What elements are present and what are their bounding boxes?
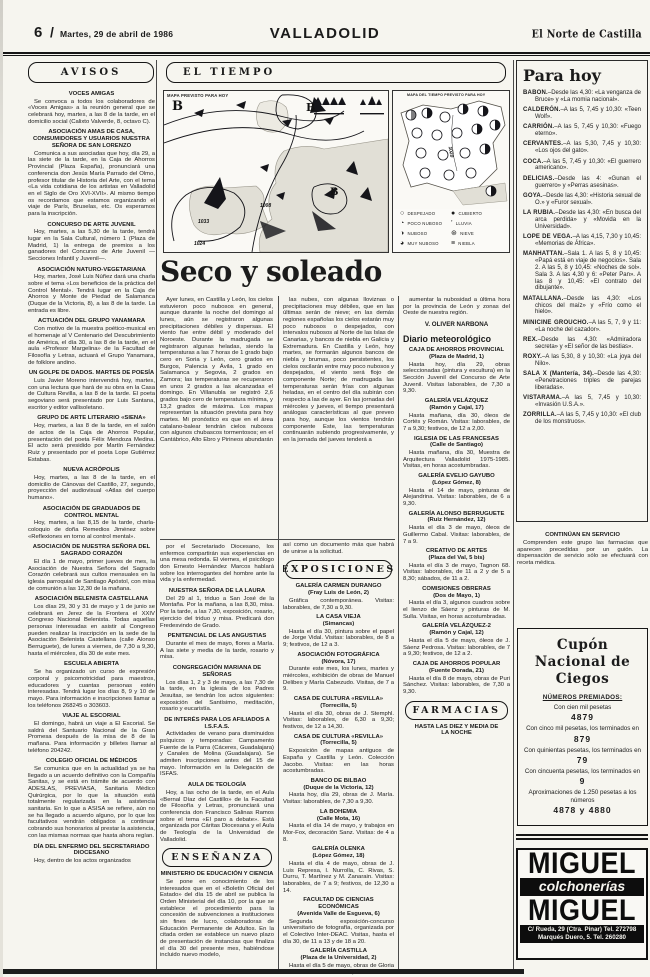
low-pressure-label: B: [330, 187, 338, 198]
legend-label: Lluvia: [456, 221, 472, 226]
article-headline: Seco y soleado: [160, 255, 382, 288]
notice-body: Con motivo de la muestra poético-musical…: [28, 326, 155, 366]
parahoy-box: Para hoy BABON.–Desde las 4,30: «La veng…: [516, 60, 648, 522]
cinema-name: MANHATTAN.: [523, 251, 564, 257]
gallery-body: Hasta el día 30, pintura sobre el papel …: [283, 629, 394, 649]
column-divider: [513, 60, 514, 972]
notice-heading: GRUPO DE ARTE LITERARIO «SIENA»: [28, 415, 155, 422]
column-divider: [398, 296, 399, 972]
notice-heading: ACTUACIÓN DEL GRUPO YANAMARA: [28, 318, 155, 325]
gallery-address: (Plaza del Val, 5 bis): [403, 555, 510, 562]
notice-body: Hoy, a las ocho de la tarde, en el Aula …: [160, 790, 274, 843]
article-col3: aumentar la nubosidad a última hora por …: [403, 297, 510, 972]
gallery-body: Hasta hoy, día 29, obras de J. María. Vi…: [283, 792, 394, 805]
notices-column2: por el Secretariado Diocesano, los enfer…: [160, 544, 274, 972]
cinema-name: LA RUBIA.: [523, 210, 555, 216]
gallery-name: FACULTAD DE CIENCIAS ECONÓMICAS: [283, 897, 394, 911]
gallery-address: (Simancas): [283, 621, 394, 628]
section-divider: [160, 539, 395, 540]
tiempo-header: EL TIEMPO: [166, 62, 506, 83]
cinema-name: MINICINE GROUCHO.: [523, 320, 589, 326]
notice-heading: ASOCIACIÓN AMAS DE CASA, CONSUMIDORES Y …: [28, 129, 155, 149]
notice-item: DÍA DEL ENFERMO DEL SECRETARIADO DIOCESA…: [28, 844, 155, 865]
pressure-value: 1033: [198, 219, 209, 225]
notice-item: VIAJE AL ESCORIAL El domingo, habrá un v…: [28, 713, 155, 754]
prize-label: Aproximaciones de 1.250 pesetas a los nú…: [523, 789, 642, 804]
cinema-listing: MINICINE GROUCHO.–A las 5, 7, 9 y 11: «L…: [523, 320, 641, 334]
gallery-address: (Ruiz Hernández, 12): [403, 517, 510, 524]
low-pressure-label: B: [172, 99, 183, 114]
weather-symbol-icon: ○: [400, 210, 404, 217]
cinema-name: DELICIAS.: [523, 176, 554, 182]
gallery-item: GALERÍA CARMEN DURANGO (Fray Luis de Leó…: [283, 583, 394, 611]
gallery-item: GALERÍA VELÁZQUEZ (Ramón y Cajal, 17) Ha…: [403, 398, 510, 433]
gallery-name: GALERÍA CASTILLA: [283, 948, 394, 955]
gallery-body: Hasta mañana, día 30, Muestra de Arquite…: [403, 450, 510, 470]
gallery-body: Hasta el día 8 de mayo, obras de Puri Sá…: [403, 676, 510, 696]
notice-body: Hoy, martes, a las 8,15 de la tarde, cha…: [28, 520, 155, 540]
prize-entry: Con cinco mil pesetas, los terminados en…: [523, 725, 642, 743]
gallery-name: CAJA DE AHORROS POPULAR: [403, 661, 510, 668]
gallery-address: (Avenida Valle de Esgueva, 6): [283, 911, 394, 918]
exposiciones-header: EXPOSICIONES: [285, 560, 392, 579]
weather-map-europe: MAPA PREVISTO PARA HOY B B B 1033 1024 1…: [163, 90, 389, 253]
gallery-item: GALERÍA VELÁZQUEZ-2 (Ramón y Cajal, 12) …: [403, 623, 510, 658]
cinema-listing: VISTARAMA.–A las 5, 7,45 y 10,30: «Invas…: [523, 395, 641, 409]
notice-heading: VOCES AMIGAS: [28, 91, 155, 98]
legend-item: ● Cubierto: [451, 208, 502, 218]
gallery-body: Hasta el día 5 de mayo, óleos de J. Sáen…: [403, 638, 510, 658]
notice-body: Hoy, martes, a las 8 de la tarde, en el …: [28, 423, 155, 463]
notice-item: CONCURSO DE ARTE JUVENIL Hoy, martes, a …: [28, 222, 155, 263]
gallery-name: GALERÍA CARMEN DURANGO: [283, 583, 394, 590]
notice-body: Se pone en conocimiento de los interesad…: [160, 879, 274, 959]
newspaper-page: 6 / Martes, 29 de abril de 1986 VALLADOL…: [0, 0, 650, 977]
cinema-listing: CARRIÓN.–A las 5, 7,45 y 10,30: «Fuego e…: [523, 124, 641, 138]
gallery-item: ASOCIACIÓN FOTOGRÁFICA (Nóvora, 17) Dura…: [283, 652, 394, 693]
gallery-body: Hasta hoy, día 29, obras seleccionadas (…: [403, 362, 510, 395]
notice-item: COLEGIO OFICIAL DE MÉDICOS Se comunica q…: [28, 758, 155, 839]
notice-continuation: por el Secretariado Diocesano, los enfer…: [160, 544, 274, 584]
gallery-address: (Calle de Santiago): [403, 442, 510, 449]
cinema-listing: LOPE DE VEGA.–A las 4,15, 7,30 y 10,45: …: [523, 234, 641, 248]
notice-heading: DE INTERÉS PARA LOS AFILIADOS A I.S.F.A.…: [160, 717, 274, 731]
gallery-body: Segunda exposición-concurso universitari…: [283, 919, 394, 946]
legend-label: Nuboso: [407, 231, 427, 236]
weather-symbol-icon: ≡: [451, 240, 455, 247]
notice-heading: NUEVA ACRÓPOLIS: [28, 467, 155, 474]
gallery-body: Gráfica contemporánea. Visitas: laborabl…: [283, 598, 394, 611]
notice-heading: CONCURSO DE ARTE JUVENIL: [28, 222, 155, 229]
prize-entry: Con cincuenta pesetas, los terminados en…: [523, 768, 642, 786]
gallery-name: GALERÍA VELÁZQUEZ-2: [403, 623, 510, 630]
cinema-name: ZORRILLA.: [523, 412, 557, 418]
gallery-item: GALERÍA ALONSO BERRUGUETE (Ruiz Hernánde…: [403, 511, 510, 546]
prize-number: 4878 y 4880: [523, 805, 642, 815]
cinema-name: VISTARAMA.: [523, 395, 562, 401]
advert-address-line: Marqués Duero, 5. Tel. 260280: [520, 934, 644, 942]
gallery-item: FACULTAD DE CIENCIAS ECONÓMICAS (Avenida…: [283, 897, 394, 945]
parahoy-title: Para hoy: [523, 66, 641, 85]
gallery-name: COMISIONES OBRERAS: [403, 586, 510, 593]
gallery-address: (Ramón y Cajal, 12): [403, 630, 510, 637]
gallery-name: CAJA DE AHORROS PROVINCIAL: [403, 347, 510, 354]
cinema-name: COCA.: [523, 159, 543, 165]
weather-symbol-icon: ◔: [400, 220, 404, 227]
cinema-listing: ROXY.–A las 5,30, 8 y 10,30: «La joya de…: [523, 354, 641, 368]
gallery-body: Hasta el día 3 de mayo, Tagnon 68. Visit…: [403, 563, 510, 583]
cupon-title: Cupón Nacional de Ciegos: [523, 637, 642, 688]
legend-item: ◕ Muy nuboso: [400, 238, 451, 248]
cinema-name: REX.: [523, 337, 538, 343]
notice-body: El día 1 de mayo, primer jueves de mes, …: [28, 559, 155, 592]
prize-label: Con quinientas pesetas, los terminados e…: [523, 747, 642, 754]
cinema-listing: CERVANTES.–A las 5,30, 7,45 y 10,30: «Lo…: [523, 141, 641, 155]
notice-body: Durante el mes de mayo, flores a María. …: [160, 641, 274, 661]
notice-item: DE INTERÉS PARA LOS AFILIADOS A I.S.F.A.…: [160, 717, 274, 778]
prize-entry: Con quinientas pesetas, los terminados e…: [523, 747, 642, 765]
notice-item: ASOCIACIÓN DE NUESTRA SEÑORA DEL SAGRADO…: [28, 544, 155, 592]
double-rule: [516, 834, 648, 840]
notice-body: Se convoca a todos los colaboradores de …: [28, 99, 155, 126]
gallery-name: ASOCIACIÓN FOTOGRÁFICA: [283, 652, 394, 659]
scan-artifact: [0, 0, 3, 977]
column-divider: [156, 60, 157, 972]
gallery-item: CAJA DE AHORROS POPULAR (Fuente Dorada, …: [403, 661, 510, 696]
article-text: las nubes, con algunas lloviznas o preci…: [283, 297, 394, 444]
legend-item: ◑ Nuboso: [400, 228, 451, 238]
notice-heading: AULA DE TEOLOGÍA: [160, 782, 274, 789]
prize-label: Con cinco mil pesetas, los terminados en: [523, 725, 642, 732]
article-col1: Ayer lunes, en Castilla y León, los ciel…: [160, 297, 273, 537]
weather-symbol-icon: ◑: [400, 230, 404, 237]
gallery-body: Hasta el 14 de mayo, pinturas de Alejand…: [403, 488, 510, 508]
gallery-address: (Plaza de Madrid, 1): [403, 354, 510, 361]
weather-symbol-icon: ◕: [400, 240, 404, 247]
notice-heading: ASOCIACIÓN BELENISTA CASTELLANA: [28, 596, 155, 603]
prize-number: 79: [523, 755, 642, 765]
notice-item: PENITENCIAL DE LAS ANGUSTIAS Durante el …: [160, 633, 274, 661]
gallery-name: CREATIVO DE ARTES: [403, 548, 510, 555]
advert-address-line: C/ Rueda, 29 (Ctra. Pinar) Tel. 272798: [520, 926, 644, 934]
notice-item: GRUPO DE ARTE LITERARIO «SIENA» Hoy, mar…: [28, 415, 155, 463]
cinema-showtimes: –Desde las 4,30: «Admiradora secreta» y …: [535, 337, 641, 350]
cupon-box: Cupón Nacional de Ciegos NÚMEROS PREMIAD…: [517, 628, 648, 826]
gallery-body: Exposición de mapas antiguos de España y…: [283, 748, 394, 775]
notice-body: Actividades de verano para disminuidos p…: [160, 731, 274, 778]
notice-body: El domingo, habrá un viaje a El Escorial…: [28, 721, 155, 754]
gallery-name: LA BOHEMIA: [283, 809, 394, 816]
notice-heading: UN GOLPE DE DADOS. MARTES DE POESÍA: [28, 370, 155, 377]
gallery-address: (Dos de Mayo, 1): [403, 593, 510, 600]
cupon-subtitle: NÚMEROS PREMIADOS:: [523, 694, 642, 701]
prize-number: 9: [523, 776, 642, 786]
gallery-name: GALERÍA EVELIO GAYUBO: [403, 473, 510, 480]
notice-heading: ESCUELA ABIERTA: [28, 661, 155, 668]
notice-item: ASOCIACIÓN NATURO-VEGETARIANA Hoy, marte…: [28, 267, 155, 315]
cinema-showtimes: –Desde las 4,30: «La venganza de Bruce» …: [535, 90, 641, 103]
prize-entry: Aproximaciones de 1.250 pesetas a los nú…: [523, 789, 642, 815]
notice-item: ASOCIACIÓN AMAS DE CASA, CONSUMIDORES Y …: [28, 129, 155, 217]
synoptic-map-graphic: [164, 91, 388, 252]
gallery-name: GALERÍA VELÁZQUEZ: [403, 398, 510, 405]
notice-body: Hoy, martes, a las 5,30 de la tarde, ten…: [28, 229, 155, 262]
notice-item: ACTUACIÓN DEL GRUPO YANAMARA Con motivo …: [28, 318, 155, 366]
newspaper-masthead: El Norte de Castilla: [532, 28, 642, 41]
notice-heading: NUESTRA SEÑORA DE LA LAURA: [160, 588, 274, 595]
advert-addresses: C/ Rueda, 29 (Ctra. Pinar) Tel. 272798 M…: [520, 925, 644, 943]
notice-item: VOCES AMIGAS Se convoca a todos los cola…: [28, 91, 155, 125]
gallery-body: Durante este mes, los lunes, martes y mi…: [283, 666, 394, 693]
notice-item: NUEVA ACRÓPOLIS Hoy, martes, a las 8 de …: [28, 467, 155, 501]
gallery-name: LA CASA VIEJA: [283, 614, 394, 621]
notice-heading: PENITENCIAL DE LAS ANGUSTIAS: [160, 633, 274, 640]
gallery-item: COMISIONES OBRERAS (Dos de Mayo, 1) Hast…: [403, 586, 510, 621]
notice-body: Hoy, martes, a las 8 de la tarde, en el …: [28, 475, 155, 502]
notice-heading: ASOCIACIÓN DE NUESTRA SEÑORA DEL SAGRADO…: [28, 544, 155, 558]
cinema-listing: MATALLANA.–Desde las 4,30: «Los chicos d…: [523, 296, 641, 316]
diario-heading: Diario meteorológico: [403, 334, 510, 344]
notice-item: NUESTRA SEÑORA DE LA LAURA Del 29 al 1, …: [160, 588, 274, 629]
cinema-name: LOPE DE VEGA.: [523, 234, 573, 240]
page-header: 6 / Martes, 29 de abril de 1986 VALLADOL…: [0, 22, 650, 52]
avisos-header: AVISOS: [28, 62, 154, 83]
continuan-heading: CONTINÚAN EN SERVICIO: [517, 532, 648, 539]
gallery-item: IGLESIA DE LAS FRANCESAS (Calle de Santi…: [403, 436, 510, 471]
cinema-listing: SALA X (Mantería, 34).–Desde las 4,30: «…: [523, 371, 641, 391]
cinema-listing: COCA.–A las 5, 7,45 y 10,30: «El guerrer…: [523, 159, 641, 173]
map-caption: MAPA PREVISTO PARA HOY: [167, 93, 228, 98]
cinema-listing: DELICIAS.–Desde las 4: «Gunan el guerrer…: [523, 176, 641, 190]
notice-heading: VIAJE AL ESCORIAL: [28, 713, 155, 720]
legend-label: Muy nuboso: [407, 241, 438, 246]
article-text: Ayer lunes, en Castilla y León, los ciel…: [160, 297, 273, 444]
gallery-address: (Fuente Dorada, 21): [403, 668, 510, 675]
notice-heading: COLEGIO OFICIAL DE MÉDICOS: [28, 758, 155, 765]
cinema-listing: REX.–Desde las 4,30: «Admiradora secreta…: [523, 337, 641, 351]
advert-brand: MIGUEL: [518, 849, 646, 879]
gallery-name: GALERÍA ALONSO BERRUGUETE: [403, 511, 510, 518]
cinema-listing: BABON.–Desde las 4,30: «La venganza de B…: [523, 90, 641, 104]
legend-label: Poco nuboso: [407, 221, 442, 226]
notice-body: Se ha organizado un curso de expresión c…: [28, 669, 155, 709]
notice-body: Se comunica que en la actualidad ya se h…: [28, 766, 155, 839]
gallery-address: (Calle Mota, 16): [283, 816, 394, 823]
cinema-name: GOYA.: [523, 193, 543, 199]
notice-heading: CONGREGACIÓN MARIANA DE SEÑORAS: [160, 665, 274, 679]
prize-number: 4879: [523, 712, 642, 722]
notice-item: AULA DE TEOLOGÍA Hoy, a las ocho de la t…: [160, 782, 274, 843]
notice-heading: DÍA DEL ENFERMO DEL SECRETARIADO DIOCESA…: [28, 844, 155, 858]
legend-label: Niebla: [458, 241, 475, 246]
notice-item: UN GOLPE DE DADOS. MARTES DE POESÍA Luis…: [28, 370, 155, 411]
gallery-address: (López Gómez, 18): [283, 853, 394, 860]
cinema-name: MATALLANA.: [523, 296, 563, 302]
gallery-address: (López Gómez, 8): [403, 480, 510, 487]
notice-item: ESCUELA ABIERTA Se ha organizado un curs…: [28, 661, 155, 709]
notice-body: Luis Javier Moreno intervendrá hoy, mart…: [28, 378, 155, 411]
legend-label: Despejado: [407, 211, 435, 216]
gallery-item: GALERÍA EVELIO GAYUBO (López Gómez, 8) H…: [403, 473, 510, 508]
gallery-body: Hasta el día 3 de mayo, óleos de Guiller…: [403, 525, 510, 545]
notice-item: CONGREGACIÓN MARIANA DE SEÑORAS Los días…: [160, 665, 274, 713]
farmacias-header: FARMACIAS: [405, 701, 508, 720]
notice-body: Hoy, martes, José Luis Núñez dará una ch…: [28, 274, 155, 314]
cinema-name: BABON.: [523, 90, 548, 96]
gallery-body: Hasta el día 30, obras de J. Stemphl. Vi…: [283, 711, 394, 731]
article-byline: V. OLIVER NARBONA: [403, 321, 510, 328]
notice-body: Los días 1, 2 y 3 de mayo, a las 7,30 de…: [160, 680, 274, 713]
gallery-address: (Torrecilla, 5): [283, 740, 394, 747]
prize-label: Con cien mil pesetas: [523, 704, 642, 711]
notice-heading: ASOCIACIÓN NATURO-VEGETARIANA: [28, 267, 155, 274]
cinema-listing: ZORRILLA.–A las 5, 7,45 y 10,30: «El clu…: [523, 412, 641, 426]
continuan-body: Comprenden este grupo las farmacias que …: [517, 540, 648, 567]
legend-item: ○ Despejado: [400, 208, 451, 218]
prize-number: 879: [523, 734, 642, 744]
ensenanza-header: ENSEÑANZA: [162, 848, 272, 867]
cinema-listing: CALDERÓN.–A las 5, 7,45 y 10,30: «Teen W…: [523, 107, 641, 121]
legend-label: Cubierto: [458, 211, 482, 216]
gallery-item: CAJA DE AHORROS PROVINCIAL (Plaza de Mad…: [403, 347, 510, 395]
notice-body: Los días 29, 30 y 31 de mayo y 1 de juni…: [28, 604, 155, 657]
pressure-value: 1008: [260, 203, 271, 209]
gallery-address: (Plaza de la Universidad, 2): [283, 955, 394, 962]
cinema-name: SALA X (Mantería, 34).: [523, 371, 594, 377]
cinema-showtimes: –Sala 1. A las 5, 8 y 10,45: «Papá está …: [535, 251, 641, 291]
notice-body: Del 29 al 1, triduo a San José de la Mon…: [160, 596, 274, 629]
cinema-name: CALDERÓN.: [523, 107, 560, 113]
map-legend: ○ Despejado ● Cubierto ◔ Poco nuboso ’ L…: [397, 208, 505, 248]
gallery-item: CREATIVO DE ARTES (Plaza del Val, 5 bis)…: [403, 548, 510, 583]
cinema-showtimes: –Desde las 4,30: «Historia sexual de O.»…: [535, 193, 641, 206]
gallery-address: (Duque de la Victoria, 12): [283, 785, 394, 792]
notice-continuation: así como un documento más que habrá de u…: [283, 542, 394, 555]
notice-item: ASOCIACIÓN BELENISTA CASTELLANA Los días…: [28, 596, 155, 657]
cinema-showtimes: –A las 5, 7,45 y 10,30: «El guerrero ame…: [535, 159, 641, 172]
advert-brand: MIGUEL: [518, 895, 646, 925]
gallery-address: (Ramón y Cajal, 17): [403, 405, 510, 412]
farmacias-subtitle: HASTA LAS DIEZ Y MEDIA DE LA NOCHE: [414, 724, 500, 738]
weather-symbol-icon: ⊛: [451, 230, 457, 237]
gallery-item: BANCO DE BILBAO (Duque de la Victoria, 1…: [283, 778, 394, 806]
gallery-name: GALERÍA OLENKA: [283, 846, 394, 853]
notice-body: Comunica a sus asociadas que hoy, día 29…: [28, 151, 155, 218]
map-caption: MAPA DEL TIEMPO PREVISTO PARA HOY: [407, 93, 485, 97]
gallery-item: CASA DE CULTURA «REVILLA» (Torrecilla, 5…: [283, 734, 394, 775]
gallery-name: CASA DE CULTURA «REVILLA»: [283, 734, 394, 741]
cinema-listing: MANHATTAN.–Sala 1. A las 5, 8 y 10,45: «…: [523, 251, 641, 292]
notice-item: ASOCIACIÓN DE GRADUADOS DE CONTROL MENTA…: [28, 506, 155, 541]
gallery-body: Hasta mañana, día 30, óleos de Cortés y …: [403, 413, 510, 433]
legend-label: Nieve: [460, 231, 474, 236]
article-text: aumentar la nubosidad a última hora por …: [403, 297, 510, 317]
exposiciones-column: así como un documento más que habrá de u…: [283, 542, 394, 975]
gallery-body: Hasta el día 3, algunos cuadros sobre el…: [403, 600, 510, 620]
gallery-item: LA BOHEMIA (Calle Mota, 16) Hasta el día…: [283, 809, 394, 844]
gallery-name: CASA DE CULTURA «REVILLA»: [283, 696, 394, 703]
legend-item: ⊛ Nieve: [451, 228, 502, 238]
legend-item: ≡ Niebla: [451, 238, 502, 248]
gallery-address: (Torrecilla, 5): [283, 703, 394, 710]
gallery-item: GALERÍA OLENKA (López Gómez, 18) Hasta e…: [283, 846, 394, 894]
prize-label: Con cincuenta pesetas, los terminados en: [523, 768, 642, 775]
cinema-listing: GOYA.–Desde las 4,30: «Historia sexual d…: [523, 193, 641, 207]
pharmacies-column: CONTINÚAN EN SERVICIO Comprenden este gr…: [517, 528, 648, 624]
gallery-name: IGLESIA DE LAS FRANCESAS: [403, 436, 510, 443]
notice-body: Hoy, dentro de los actos organizados: [28, 858, 155, 865]
gallery-body: Hasta el día 4 de mayo, obras de J. Luis…: [283, 861, 394, 894]
notice-item: MINISTERIO DE EDUCACIÓN Y CIENCIA Se pon…: [160, 871, 274, 959]
cinema-listing: LA RUBIA.–Desde las 4,30: «En busca del …: [523, 210, 641, 230]
weather-symbol-icon: ’: [451, 220, 453, 227]
notice-heading: MINISTERIO DE EDUCACIÓN Y CIENCIA: [160, 871, 274, 878]
article-col2: las nubes, con algunas lloviznas o preci…: [283, 297, 394, 537]
low-pressure-label: B: [306, 101, 315, 114]
prize-entry: Con cien mil pesetas 4879: [523, 704, 642, 722]
pressure-value: 1024: [194, 241, 205, 247]
avisos-column: VOCES AMIGAS Se convoca a todos los cola…: [28, 87, 155, 971]
legend-item: ◔ Poco nuboso: [400, 218, 451, 228]
gallery-item: LA CASA VIEJA (Simancas) Hasta el día 30…: [283, 614, 394, 649]
gallery-item: CASA DE CULTURA «REVILLA» (Torrecilla, 5…: [283, 696, 394, 731]
cinema-showtimes: –A las 5,30, 8 y 10,30: «La joya del Nil…: [535, 354, 641, 367]
miguel-advert: MIGUEL colchonerías MIGUEL C/ Rueda, 29 …: [516, 848, 648, 960]
gallery-body: Hasta el día 14 de mayo, y trabajos en M…: [283, 823, 394, 843]
cinema-name: CERVANTES.: [523, 141, 563, 147]
cinema-name: CARRIÓN.: [523, 124, 554, 130]
scan-artifact: [0, 969, 524, 974]
header-rule: [0, 52, 650, 56]
gallery-address: (Nóvora, 17): [283, 659, 394, 666]
column-divider: [278, 296, 279, 972]
legend-item: ’ Lluvia: [451, 218, 502, 228]
weather-symbol-icon: ●: [451, 210, 455, 217]
cinema-name: ROXY.: [523, 354, 542, 360]
gallery-name: BANCO DE BILBAO: [283, 778, 394, 785]
notice-heading: ASOCIACIÓN DE GRADUADOS DE CONTROL MENTA…: [28, 506, 155, 520]
gallery-address: (Fray Luis de León, 2): [283, 590, 394, 597]
